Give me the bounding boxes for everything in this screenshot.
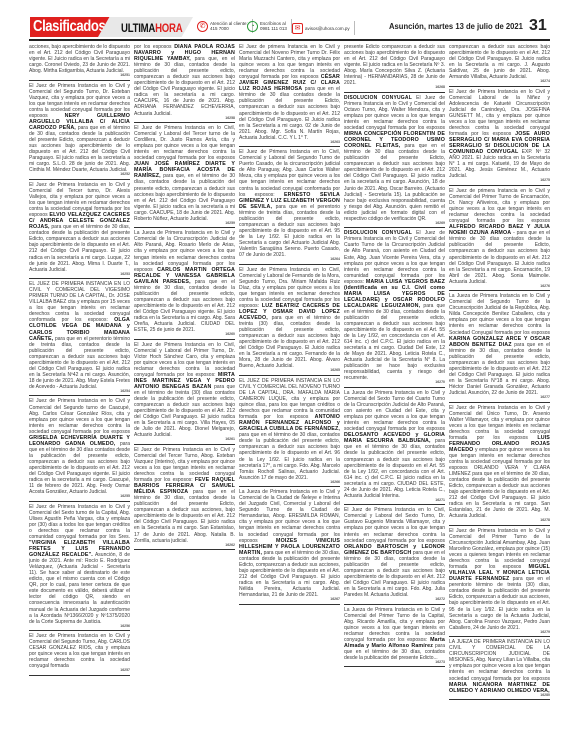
notice-text: para que en el término de treinta (30) d… (239, 315, 340, 369)
classified-notice: acciones, bajo apercibimiento de lo disp… (29, 43, 130, 81)
notice-code: 16251 (29, 74, 130, 78)
classified-notice: El Juez de Primera Instancia en lo Civil… (134, 446, 235, 550)
notice-text: presente Edicto comparezcan a deducir su… (344, 44, 445, 86)
notice-text: El Juez de Primera Instancia en lo Civil… (29, 633, 130, 669)
notice-text: acciones, bajo apercibimiento de lo disp… (29, 44, 130, 74)
notice-code: 16252 (29, 173, 130, 177)
notice-code: 16261 (134, 438, 235, 442)
classified-notice: El Juez de primera Instancia en lo Civil… (239, 43, 340, 147)
contact-email[interactable]: ✉ avisos@uhora.com.py (292, 21, 355, 35)
classifieds-columns: acciones, bajo apercibimiento de lo disp… (29, 43, 550, 749)
classified-notice: La Jueza de Primera Instancia en lo Civi… (134, 229, 235, 339)
notice-code: 16266 (239, 481, 340, 485)
party-names: GRISELDA ECHEVERRÍA DUARTE Y LEONARDO GA… (29, 435, 130, 447)
notice-code: 16254 (29, 390, 130, 394)
notice-text: El Juez de Primera Instancia en lo Civil… (344, 95, 445, 131)
notice-text: para que en el perentorio término de tre… (449, 576, 550, 630)
notice-text: El Juez de Primera Instancia en lo Civil… (134, 125, 235, 161)
classified-notice: El Juez de Primera Instancia en lo Civil… (449, 404, 550, 526)
notice-text: para que en el término de 30 días, conta… (449, 342, 550, 396)
notice-code: 16268 (344, 86, 445, 90)
notice-text: para que en el término de 30 días, conta… (239, 432, 340, 480)
notice-text: El Juez de Primera Instancia en lo Civil… (29, 504, 130, 540)
notice-code: 16259 (134, 222, 235, 226)
notice-text: para que, en el término de 30 días, cont… (134, 173, 235, 221)
classified-notice: El Juez de Primera Instancia en lo Civil… (29, 82, 130, 180)
classified-notice: EL JUEZ DE PRIMERA INSTANCIA EN LO CIVIL… (239, 377, 340, 487)
notice-text: para que, en el término de 30 días, cont… (134, 56, 235, 116)
classified-notice: El Juez de Primera Instancia en lo Civil… (29, 181, 130, 279)
classified-notice: La Jueza de Primera Instancia en lo Civi… (239, 488, 340, 604)
classified-notice: El Juez de Primera Instancia en lo Civil… (29, 632, 130, 676)
notice-code: 16262 (134, 544, 235, 548)
phone-icon: ✆ (197, 21, 208, 32)
classified-notice: presente Edicto comparezcan a deducir su… (344, 43, 445, 93)
notice-code: 16277 (449, 396, 550, 400)
notice-code: 16255 (29, 495, 130, 499)
classified-notice: El Juez de Primera Instancia en lo Civil… (134, 341, 235, 445)
notice-text: para que en el término de 30 días, conta… (134, 489, 235, 543)
notice-text: La Jueza de Primera Instancia en lo Civi… (239, 489, 340, 543)
classified-notice: El Juez de Primera Instancia en lo Civil… (344, 506, 445, 604)
page-number: 31 (529, 17, 547, 35)
contact-whatsapp[interactable]: ◔ Escríbinos al0981 111 013 (247, 19, 292, 33)
notice-text: comparezcan a deducir sus acciones bajo … (449, 44, 550, 80)
party-names: DELOSANTO ACEVEDO y GLORIA MARIA ESCURRA… (344, 432, 445, 444)
classified-notice: DISOLUCION CONYUGAL El Juez de Primera I… (344, 229, 445, 388)
classified-notice: La Jueza de Primera Instancia en lo Civi… (344, 606, 445, 668)
email-icon: ✉ (292, 23, 303, 34)
column-3: El Juez de primera Instancia en lo Civil… (239, 43, 340, 749)
classified-notice: El Juez de Primera Instancia en lo Civil… (239, 148, 340, 264)
notice-text: para que en el término de 30 días contad… (29, 441, 130, 495)
section-title: Clasificados (33, 17, 105, 37)
notice-text: para que en el término de 30 días, conta… (29, 224, 130, 272)
notice-text: para que en el término de 30 días, conta… (239, 550, 340, 598)
notice-code: 16263 (239, 141, 340, 145)
notice-code: 16279 (449, 631, 550, 635)
classified-notice: El Juez de Primera Instancia en lo Civil… (239, 266, 340, 376)
notice-code: 16264 (239, 258, 340, 262)
classified-notice: El Juez de Primera Instancia en lo Civil… (449, 527, 550, 637)
notice-code: 16278 (449, 519, 550, 523)
notice-code: 16280 (449, 694, 550, 698)
contact-phone[interactable]: ✆ Atención al cliente:415 7000 (197, 19, 253, 33)
party-names: MARIA NICANORA MARTINEZ DE OLMEDO Y ADRI… (449, 682, 550, 694)
notice-text: para que en el término de 30 días, conta… (344, 438, 445, 498)
notice-text: El Juez de Primera Instancia en lo Civil… (344, 507, 445, 543)
notice-text: para que en el término de 30 días, conta… (344, 303, 445, 382)
notice-code: 16267 (239, 598, 340, 602)
header-rule (29, 39, 550, 41)
page-header: Clasificados ULTIMAHORA ✆ Atención al cl… (0, 17, 580, 37)
notice-text: para que en el término de treinta (30) d… (134, 384, 235, 438)
notice-code: 16256 (29, 625, 130, 629)
classified-notice: LA JUEZA DE PRIMERA INSTANCIA EN LO CIVI… (449, 638, 550, 700)
notice-code: 16276 (449, 285, 550, 289)
notice-code: 16271 (344, 499, 445, 503)
brand-logo: ULTIMAHORA (121, 20, 182, 36)
column-5: comparezcan a deducir sus acciones bajo … (449, 43, 550, 749)
classified-notice: DISOLUCION CONYUGAL El Juez de Primera I… (344, 94, 445, 228)
issue-date: Asunción, martes 13 de julio de 2021 (389, 21, 523, 31)
notice-code: 16270 (344, 381, 445, 385)
notice-text: para que en el término de 30 días, conta… (134, 279, 235, 333)
classified-notice: La Jueza de Primera Instancia en lo Civi… (449, 292, 550, 402)
notice-code: 16272 (344, 598, 445, 602)
notice-code: 16274 (449, 80, 550, 84)
notice-code: 16260 (134, 333, 235, 337)
notice-code: 16275 (449, 179, 550, 183)
notice-code: 16273 (344, 661, 445, 665)
whatsapp-icon: ◔ (247, 21, 258, 32)
notice-text: para que en el término de 30 días contad… (344, 143, 445, 222)
classified-notice: El Juez de Primera Instancia en lo Civil… (449, 88, 550, 186)
classified-notice: EL JUEZ DE PRIMERA INSTANCIA EN LO CIVIL… (29, 280, 130, 396)
notice-text: y emplaza por quince veces a los que ten… (449, 447, 550, 520)
classified-notice: La Jueza de Primera Instancia en lo Civi… (344, 389, 445, 505)
column-1: acciones, bajo apercibimiento de lo disp… (29, 43, 130, 749)
notice-text: La Jueza de Primera Instancia en lo Civi… (344, 390, 445, 432)
notice-text: El Juez de Primera Instancia en lo Civil… (239, 149, 340, 197)
notice-code: 16269 (344, 222, 445, 226)
notice-text: El Juez de Primera Instancia en lo Civil… (449, 89, 550, 137)
notice-text: La Jueza de Primera Instancia en lo Civi… (449, 293, 550, 335)
classified-notice: comparezcan a deducir sus acciones bajo … (449, 43, 550, 87)
notice-text: Asunción, 8 de junio de 2021. Ante mí: R… (29, 552, 130, 625)
column-4: presente Edicto comparezcan a deducir su… (344, 43, 445, 749)
notice-text: para que en el perentorio término de tre… (29, 336, 130, 390)
classified-notice: por los esposos DIANA PAOLA ROJAS NAVARR… (134, 43, 235, 123)
notice-text: para que en el perentorio término de tre… (239, 204, 340, 258)
notice-text: El Juez de Primera Instancia en lo Civil… (344, 230, 445, 284)
notice-code: 16265 (239, 369, 340, 373)
classified-notice: El Juez de primera Instancia en lo Civil… (449, 187, 550, 291)
classified-notice: El Juez de Primera Instancia en lo Civil… (29, 503, 130, 631)
column-2: por los esposos DIANA PAOLA ROJAS NAVARR… (134, 43, 235, 749)
notice-code: 16257 (29, 669, 130, 673)
notice-text: - para que en el término de 30 días cont… (449, 230, 550, 284)
notice-text: para que en el término de 30 días, conta… (29, 125, 130, 173)
notice-text: El Juez de primera Instancia en lo Civil… (449, 188, 550, 224)
notice-text: LA JUEZA DE PRIMERA INSTANCIA EN LO CIVI… (449, 639, 550, 681)
notice-code: 16258 (134, 117, 235, 121)
notice-code: 16253 (29, 273, 130, 277)
classified-notice: El Juez de Primera Instancia en lo Civil… (29, 397, 130, 501)
notice-text: El Juez de Primera Instancia en lo Civil… (29, 398, 130, 434)
classified-notice: El Juez de Primera Instancia en lo Civil… (134, 124, 235, 228)
notice-text: para que en el término de 30 días contad… (239, 86, 340, 140)
notice-text: El Juez de Primera Instancia en lo Civil… (449, 405, 550, 441)
notice-text: para que en el término de 30 días, conta… (344, 550, 445, 598)
